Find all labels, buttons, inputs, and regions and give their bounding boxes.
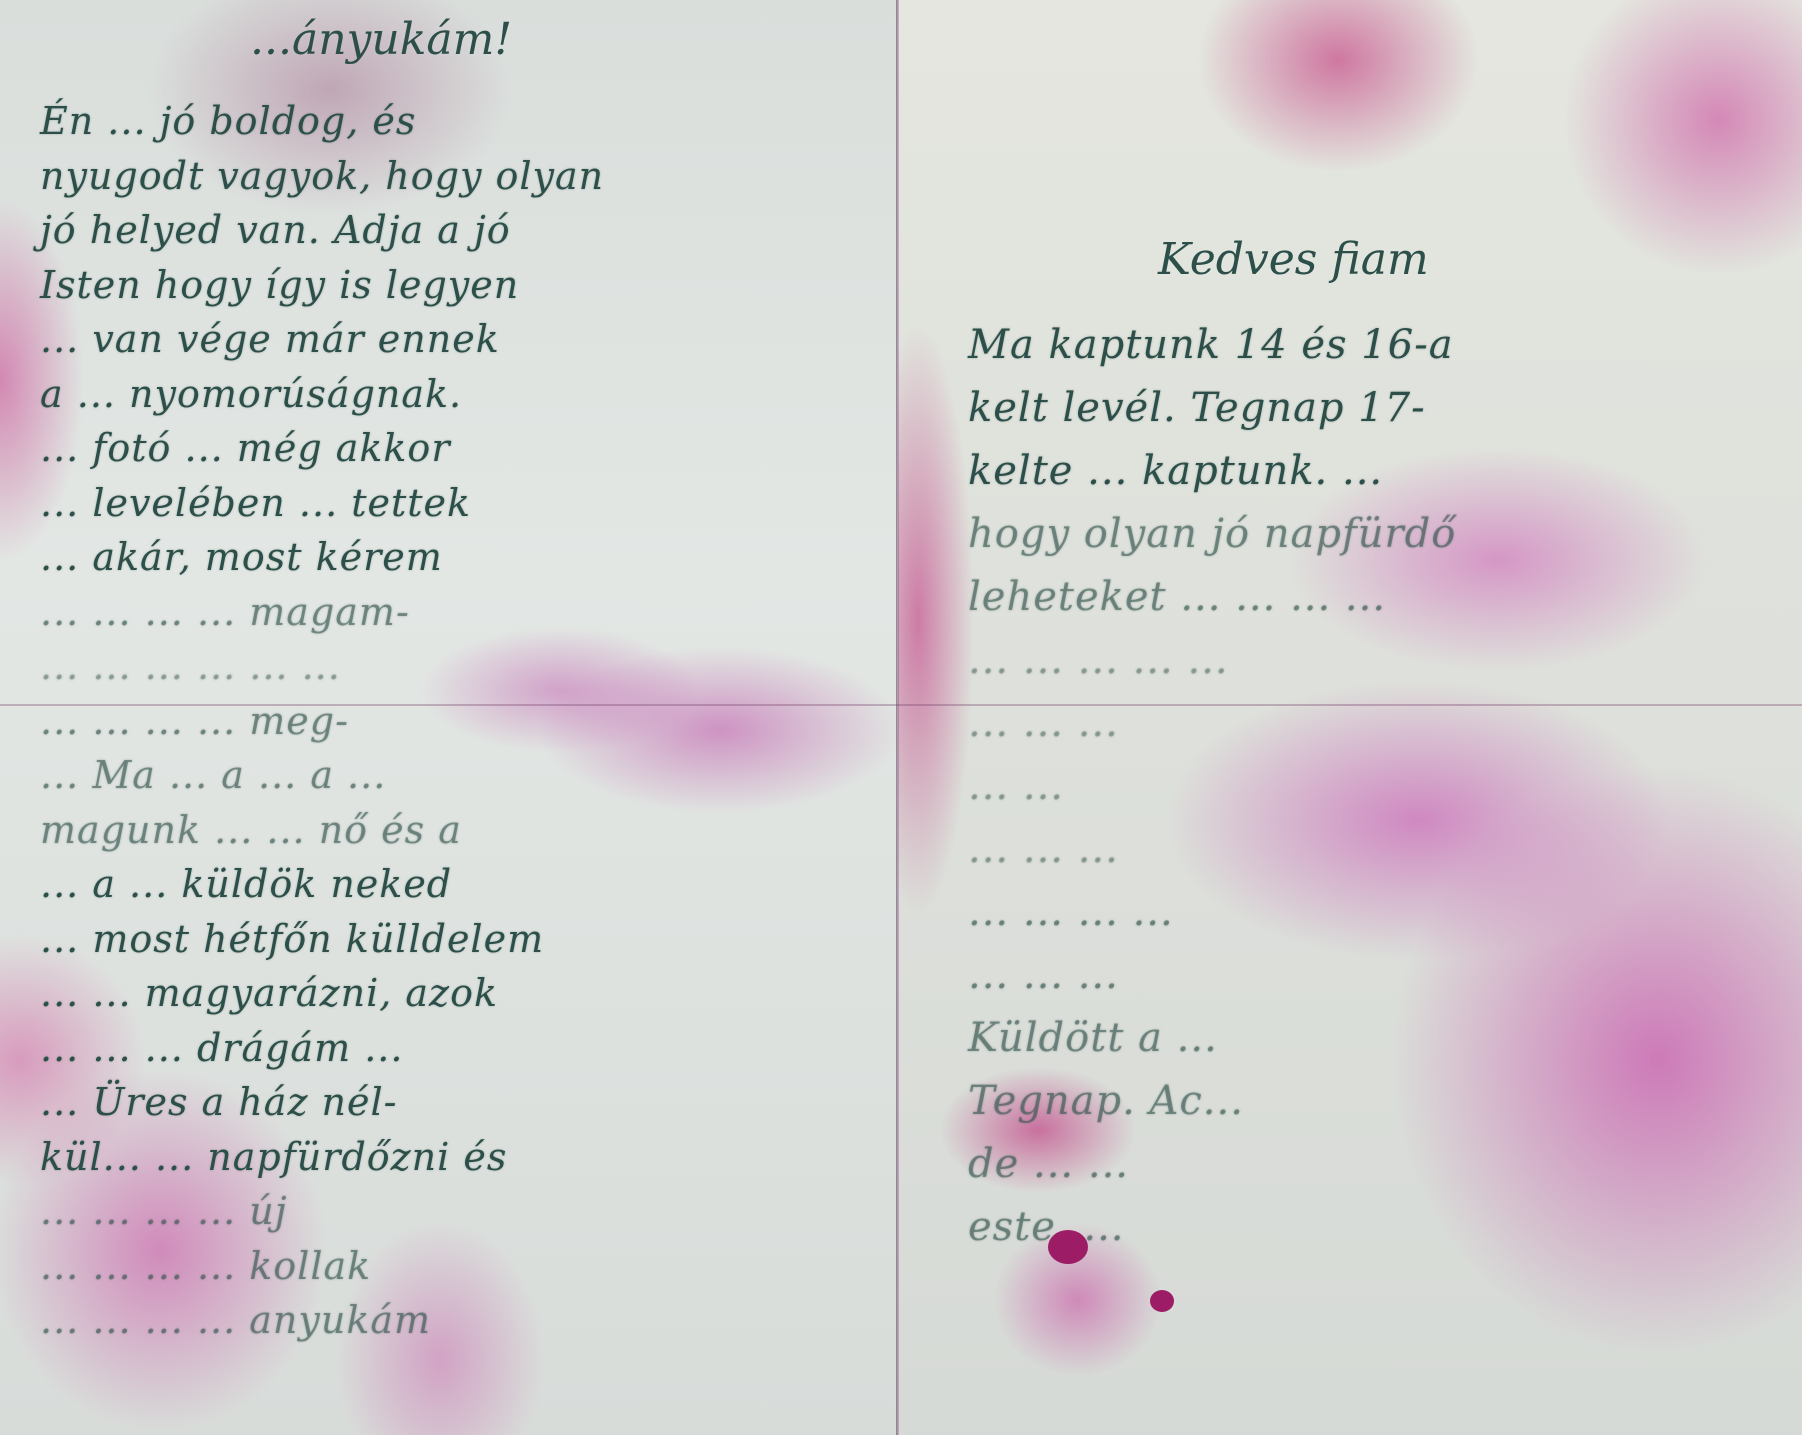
left-line-13: ... Ma ... a ... a ... <box>40 748 870 803</box>
horizontal-fold-crease <box>0 704 1802 706</box>
left-line-4: Isten hogy így is legyen <box>40 258 870 313</box>
left-line-8: ... levelében ... tettek <box>40 476 870 531</box>
left-line-10: ... ... ... ... magam- <box>40 585 870 640</box>
left-page-text: ...ányukám! Én ... jó boldog, és nyugodt… <box>40 10 870 1348</box>
ink-blot <box>1048 1230 1088 1264</box>
left-line-2: nyugodt vagyok, hogy olyan <box>40 149 870 204</box>
left-line-20: kül... ... napfürdőzni és <box>40 1130 870 1185</box>
right-line-4: hogy olyan jó napfürdő <box>968 503 1768 566</box>
right-line-3: kelte ... kaptunk. ... <box>968 440 1768 503</box>
right-line-12: Küldött a ... <box>968 1007 1768 1070</box>
right-line-14: de ... ... <box>968 1133 1768 1196</box>
left-line-22: ... ... ... ... kollak <box>40 1239 870 1294</box>
left-line-15: ... a ... küldök neked <box>40 857 870 912</box>
right-line-5: leheteket ... ... ... ... <box>968 566 1768 629</box>
right-page-text: Kedves fiam Ma kaptunk 14 és 16-a kelt l… <box>968 230 1768 1259</box>
right-line-15: este. ... <box>968 1196 1768 1259</box>
left-line-1: Én ... jó boldog, és <box>40 94 870 149</box>
left-line-17: ... ... magyarázni, azok <box>40 966 870 1021</box>
right-line-13: Tegnap. Ac... <box>968 1070 1768 1133</box>
right-line-7: ... ... ... <box>968 692 1768 755</box>
right-page: Kedves fiam Ma kaptunk 14 és 16-a kelt l… <box>898 0 1802 1435</box>
right-line-2: kelt levél. Tegnap 17- <box>968 377 1768 440</box>
left-line-5: ... van vége már ennek <box>40 312 870 367</box>
left-page: ...ányukám! Én ... jó boldog, és nyugodt… <box>0 0 898 1435</box>
right-line-9: ... ... ... <box>968 818 1768 881</box>
left-line-7: ... fotó ... még akkor <box>40 421 870 476</box>
right-line-6: ... ... ... ... ... <box>968 629 1768 692</box>
left-line-16: ... most hétfőn külldelem <box>40 912 870 967</box>
left-line-11: ... ... ... ... ... ... <box>40 639 870 694</box>
left-line-12: ... ... ... ... meg- <box>40 694 870 749</box>
ink-blot <box>1150 1290 1174 1312</box>
left-line-18: ... ... ... drágám ... <box>40 1021 870 1076</box>
letter-photograph: ...ányukám! Én ... jó boldog, és nyugodt… <box>0 0 1802 1435</box>
vertical-fold-crease <box>896 0 899 1435</box>
left-line-6: a ... nyomorúságnak. <box>40 367 870 422</box>
right-line-10: ... ... ... ... <box>968 881 1768 944</box>
left-line-3: jó helyed van. Adja a jó <box>40 203 870 258</box>
left-line-14: magunk ... ... nő és a <box>40 803 870 858</box>
left-line-21: ... ... ... ... új <box>40 1184 870 1239</box>
right-salutation: Kedves fiam <box>968 230 1768 290</box>
right-line-1: Ma kaptunk 14 és 16-a <box>968 314 1768 377</box>
right-line-11: ... ... ... <box>968 944 1768 1007</box>
left-line-9: ... akár, most kérem <box>40 530 870 585</box>
left-line-19: ... Üres a ház nél- <box>40 1075 870 1130</box>
left-line-23: ... ... ... ... anyukám <box>40 1293 870 1348</box>
right-line-8: ... ... <box>968 755 1768 818</box>
left-salutation: ...ányukám! <box>40 10 870 70</box>
